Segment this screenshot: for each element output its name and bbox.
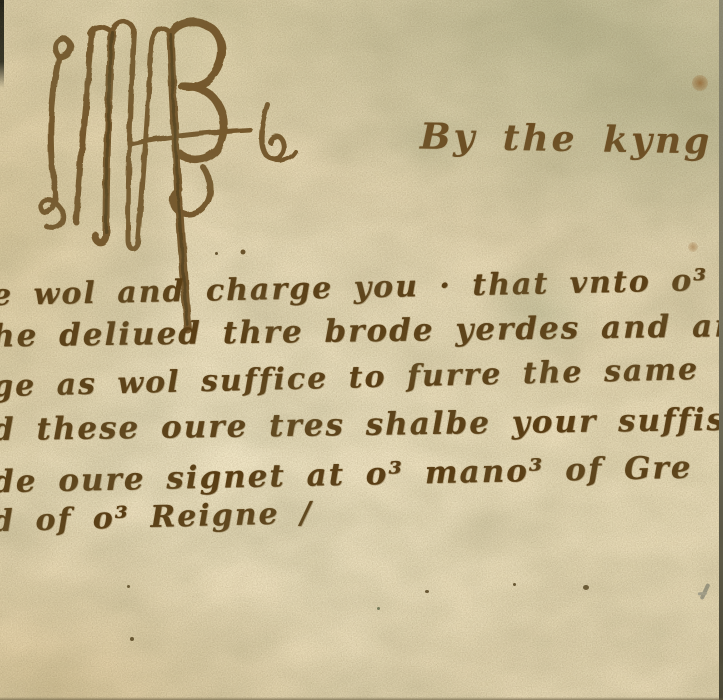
photo-edge-left xyxy=(0,0,4,88)
ink-speck xyxy=(513,583,516,586)
manuscript-page: By the kyng e wol and charge you · that … xyxy=(0,0,723,700)
manuscript-line-4: d these oure tres shalbe your suffis xyxy=(0,402,723,448)
ink-speck xyxy=(130,637,134,641)
ink-speck xyxy=(425,590,429,593)
manuscript-line-6: d of o³ Reigne / xyxy=(0,496,313,539)
stain-spot xyxy=(692,75,708,91)
ink-speck xyxy=(127,585,130,588)
ink-speck xyxy=(377,607,380,610)
manuscript-line-3: ge as wol suffice to furre the same — xyxy=(0,351,723,405)
ink-speck xyxy=(215,252,218,255)
manuscript-line-5: de oure signet at o³ mano³ of Gre xyxy=(0,450,693,501)
ink-speck xyxy=(583,585,589,590)
heading-by-the-king: By the kyng xyxy=(420,115,713,162)
photo-edge-right xyxy=(719,0,723,700)
stain-spot xyxy=(688,242,698,252)
stray-mark xyxy=(700,583,711,600)
